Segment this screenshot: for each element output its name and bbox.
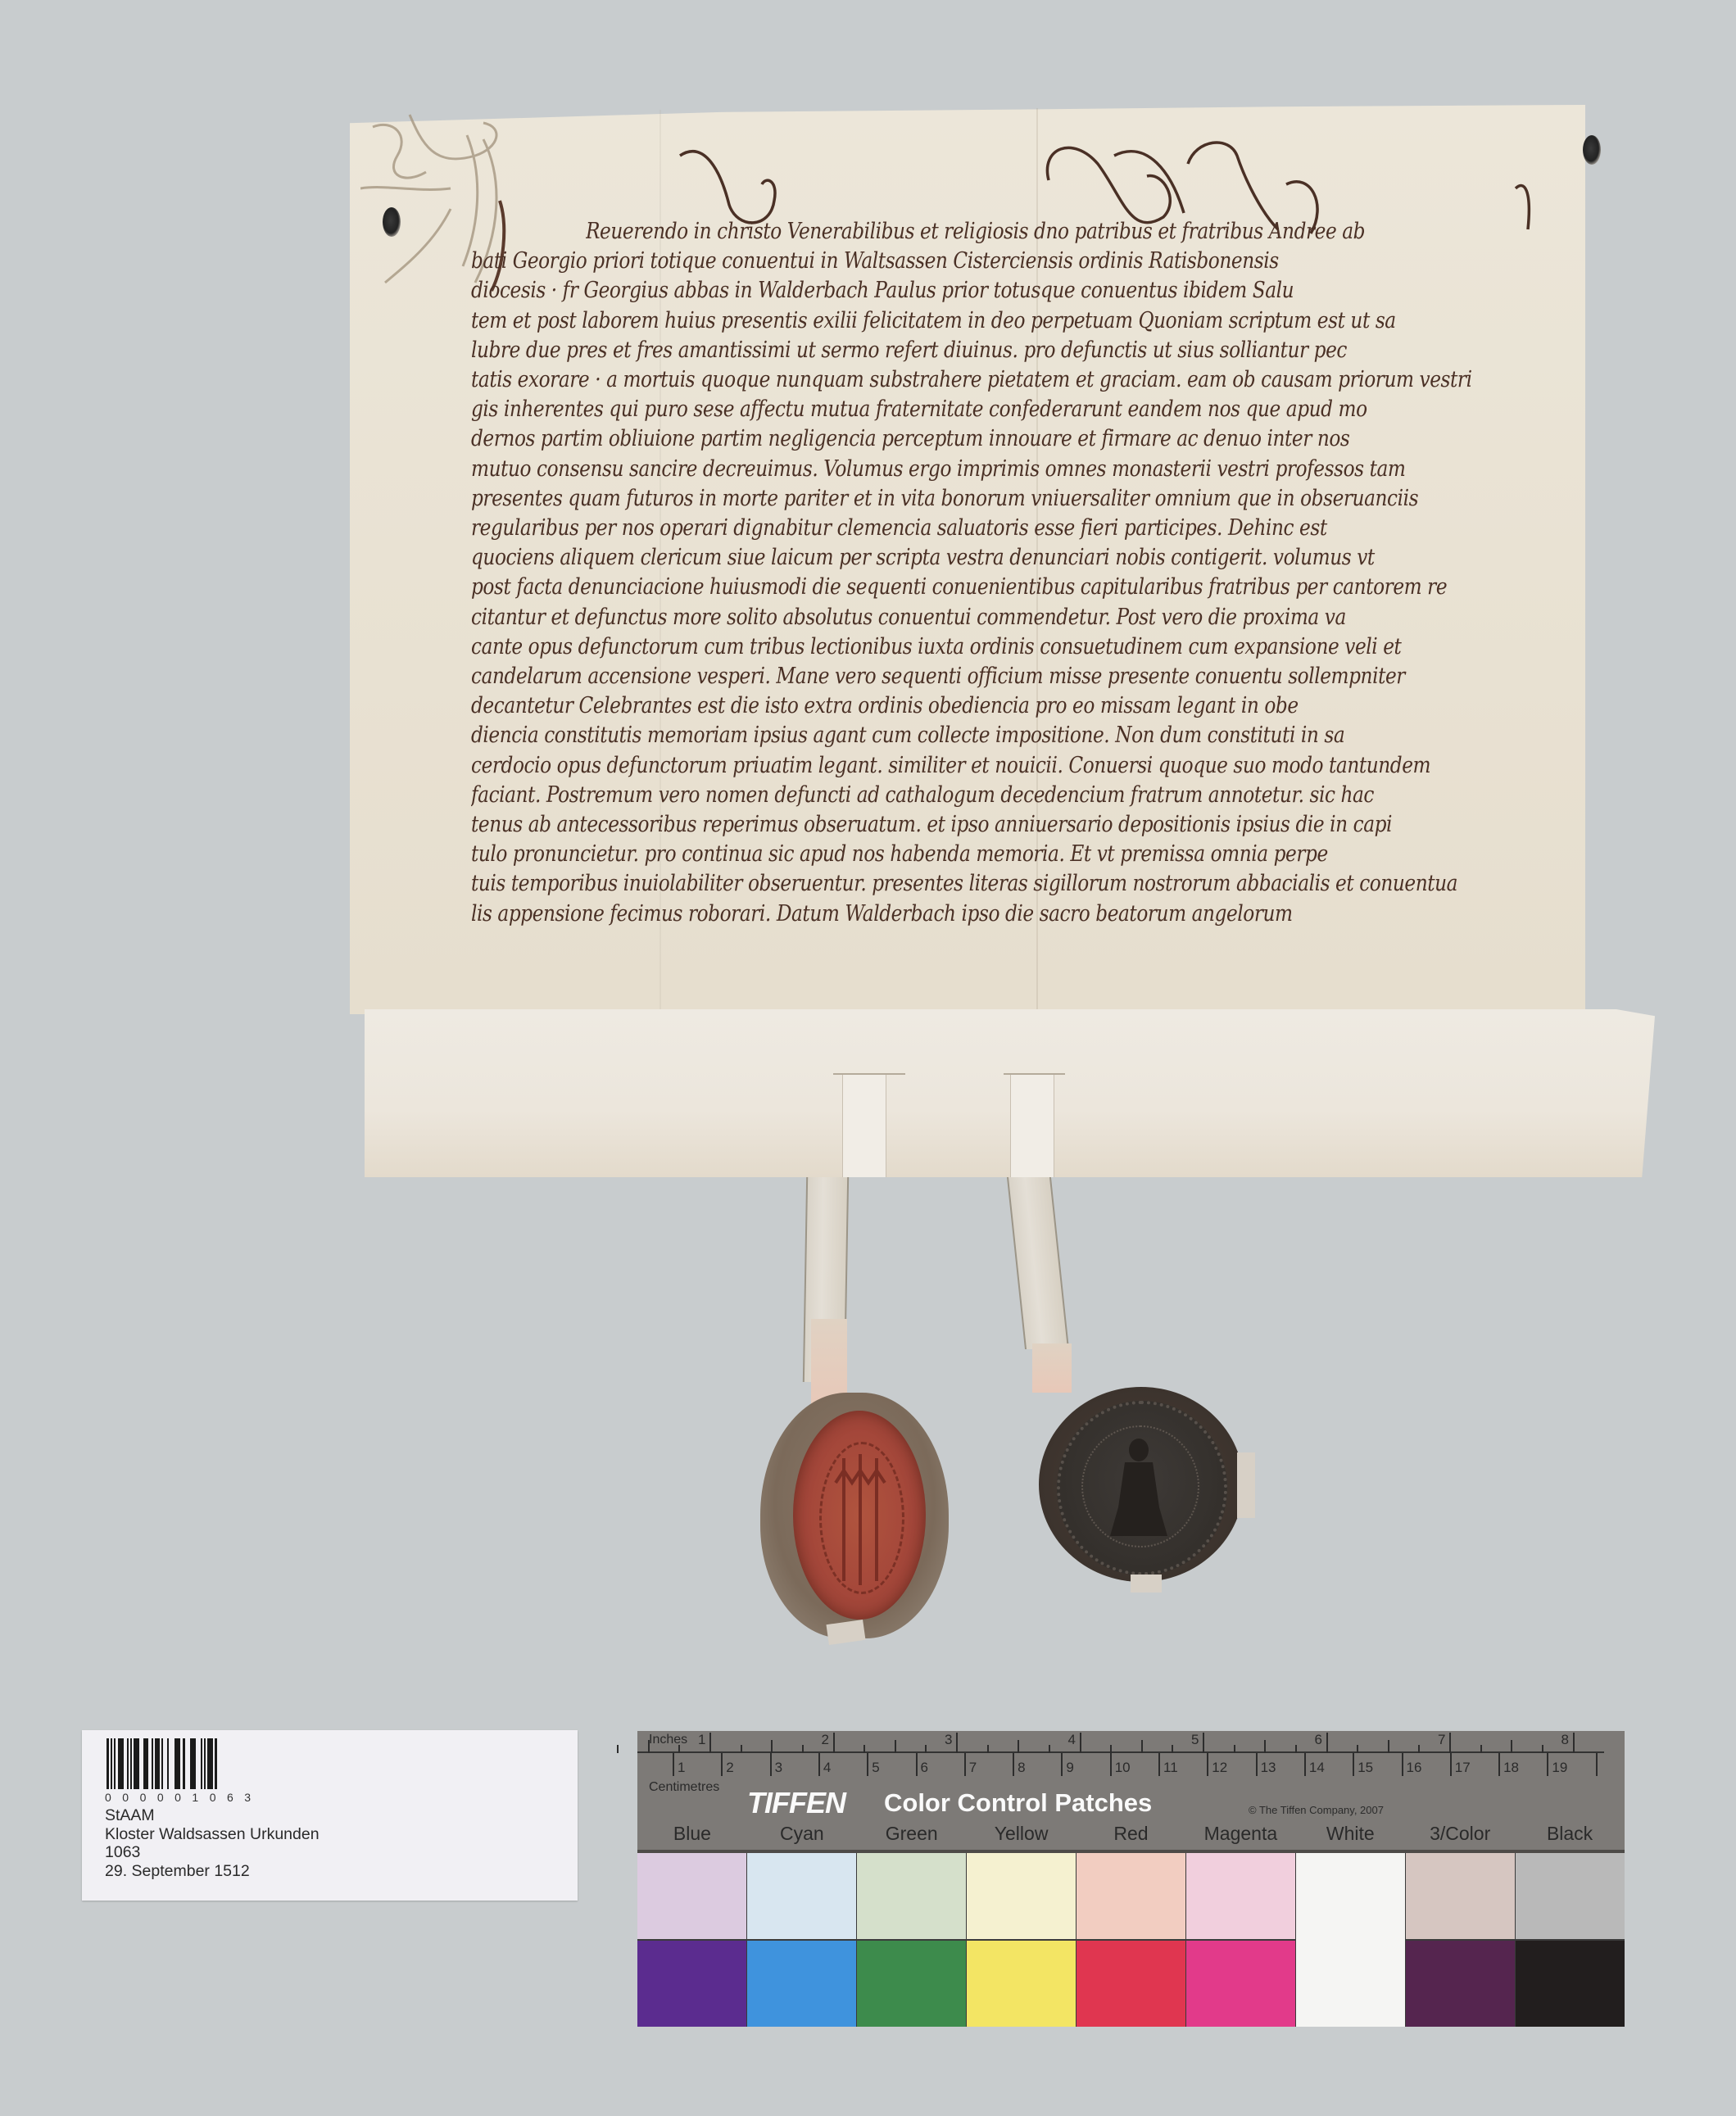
cm-tick	[867, 1753, 868, 1776]
inch-subtick	[1480, 1745, 1482, 1753]
text-line: diencia constitutis memoriam ipsius agan…	[471, 721, 1571, 750]
patch-name: Blue	[637, 1823, 747, 1849]
color-patch-light	[1406, 1853, 1515, 1941]
cm-tick-label: 8	[1018, 1760, 1025, 1776]
cm-tick-label: 10	[1115, 1760, 1131, 1776]
cm-tick	[1256, 1753, 1258, 1776]
text-line: Reuerendo in christo Venerabilibus et re…	[586, 217, 1572, 247]
inch-subtick	[1295, 1745, 1297, 1753]
inch-subtick	[863, 1745, 865, 1753]
seal-strap-right-hanging	[1007, 1177, 1069, 1349]
cm-tick	[1402, 1753, 1403, 1776]
text-line: tem et post laborem huius presentis exil…	[471, 306, 1571, 336]
cm-tick-label: 19	[1552, 1760, 1567, 1776]
cm-tick-label: 3	[775, 1760, 782, 1776]
patch-column-black	[1516, 1853, 1625, 2027]
text-line: tatis exorare · a mortuis quoque nunquam…	[471, 365, 1571, 395]
tiffen-logo: TIFFEN	[747, 1786, 845, 1820]
inch-subtick	[1388, 1740, 1389, 1753]
inch-tick	[833, 1733, 835, 1753]
inch-tick	[1080, 1733, 1081, 1753]
cm-tick-label: 9	[1066, 1760, 1073, 1776]
patch-name: White	[1295, 1823, 1405, 1849]
cm-tick	[770, 1753, 772, 1776]
cm-tick-label: 13	[1261, 1760, 1276, 1776]
inch-subtick	[771, 1740, 773, 1753]
text-line: dernos partim obliuione partim negligenc…	[471, 424, 1571, 454]
inch-subtick	[741, 1745, 742, 1753]
patch-name: Black	[1515, 1823, 1625, 1849]
inch-subtick	[1264, 1740, 1266, 1753]
inch-tick	[1203, 1733, 1204, 1753]
cm-tick	[1353, 1753, 1354, 1776]
inch-tick-label: 8	[1561, 1732, 1569, 1748]
patch-column-cyan	[747, 1853, 857, 2027]
cm-tick-label: 7	[969, 1760, 977, 1776]
cm-tick	[1013, 1753, 1014, 1776]
cm-tick-label: 17	[1455, 1760, 1471, 1776]
patch-name: Red	[1077, 1823, 1186, 1849]
color-patch-light	[857, 1853, 966, 1941]
inch-tick	[1449, 1733, 1451, 1753]
inch-tick-label: 5	[1191, 1732, 1199, 1748]
cm-tick-label: 18	[1503, 1760, 1519, 1776]
inch-tick-label: 1	[698, 1732, 705, 1748]
patch-column-magenta	[1186, 1853, 1296, 2027]
inch-subtick	[1049, 1745, 1050, 1753]
text-line: cante opus defunctorum cum tribus lectio…	[471, 632, 1571, 662]
color-patch-dark	[1077, 1941, 1185, 2027]
seal-strap-tail	[826, 1620, 865, 1645]
barcode-icon	[107, 1738, 217, 1789]
inch-subtick	[1172, 1745, 1173, 1753]
inch-subtick	[1141, 1740, 1143, 1753]
text-line: post facta denunciacione huiusmodi die s…	[471, 573, 1571, 602]
text-line: faciant. Postremum vero nomen defuncti a…	[471, 781, 1571, 810]
text-line: tenus ab antecessoribus reperimus obseru…	[471, 810, 1571, 840]
cm-tick	[964, 1753, 966, 1776]
text-line: presentes quam futuros in morte pariter …	[471, 484, 1571, 514]
cm-tick	[916, 1753, 918, 1776]
text-line: lubre due pres et fres amantissimi ut se…	[471, 336, 1571, 365]
seal-strap-tail	[1131, 1575, 1162, 1593]
cm-tick-label: 15	[1358, 1760, 1373, 1776]
color-patch-light	[747, 1853, 856, 1941]
seal-strap-right-end	[1032, 1343, 1072, 1393]
color-patch-dark	[1186, 1941, 1295, 2027]
inch-tick-label: 2	[822, 1732, 829, 1748]
cm-tick	[1547, 1753, 1548, 1776]
inch-subtick	[617, 1745, 619, 1753]
text-line: cerdocio opus defunctorum priuatim legan…	[471, 751, 1571, 781]
text-line: mutuo consensu sancire decreuimus. Volum…	[471, 455, 1571, 484]
text-line: decantetur Celebrantes est die isto extr…	[471, 691, 1571, 721]
cm-tick	[1110, 1753, 1112, 1776]
cm-tick	[818, 1753, 820, 1776]
text-line: bati Georgio priori totique conuentui in…	[471, 247, 1571, 276]
text-line: lis appensione fecimus roborari. Datum W…	[471, 899, 1571, 929]
cm-tick	[1498, 1753, 1500, 1776]
color-patch-dark	[747, 1941, 856, 2027]
text-line: diocesis · fr Georgius abbas in Walderba…	[471, 276, 1571, 306]
patch-column-green	[857, 1853, 967, 2027]
inch-tick	[1573, 1733, 1575, 1753]
seal-strap-left	[842, 1075, 886, 1177]
copyright: © The Tiffen Company, 2007	[1249, 1804, 1384, 1816]
color-patch-light	[1077, 1853, 1185, 1941]
color-patch-light	[1516, 1853, 1625, 1941]
patch-name: 3/Color	[1405, 1823, 1515, 1849]
seal-strap-tail	[1237, 1452, 1255, 1518]
cm-tick-label: 14	[1309, 1760, 1325, 1776]
color-patches	[637, 1853, 1625, 2027]
inch-subtick	[678, 1745, 680, 1753]
inch-subtick	[1357, 1745, 1358, 1753]
cm-tick-label: 1	[678, 1760, 685, 1776]
cm-tick	[1061, 1753, 1063, 1776]
cm-tick	[1158, 1753, 1160, 1776]
inch-subtick	[1511, 1740, 1512, 1753]
patch-column-white	[1296, 1853, 1406, 2027]
text-line: tulo pronuncietur. pro continua sic apud…	[471, 840, 1571, 869]
color-patch-light	[967, 1853, 1076, 1941]
cm-tick-label: 2	[726, 1760, 733, 1776]
cm-tick	[721, 1753, 723, 1776]
inch-tick	[956, 1733, 958, 1753]
inch-tick-label: 3	[945, 1732, 952, 1748]
centimetres-label: Centimetres	[649, 1780, 719, 1795]
punch-hole-icon	[1583, 135, 1601, 165]
color-patch-dark	[1406, 1941, 1515, 2027]
inch-tick-label: 6	[1315, 1732, 1322, 1748]
inch-tick-label: 4	[1068, 1732, 1076, 1748]
cm-tick-label: 16	[1407, 1760, 1422, 1776]
text-line: gis inherentes qui puro sese affectu mut…	[471, 395, 1571, 424]
seal-strap-right	[1010, 1075, 1054, 1177]
cm-tick-label: 11	[1163, 1760, 1178, 1776]
patch-name: Magenta	[1185, 1823, 1295, 1849]
text-line: tuis temporibus inuiolabiliter obseruent…	[471, 869, 1571, 899]
color-patch-dark	[857, 1941, 966, 2027]
patch-column-3-color	[1406, 1853, 1516, 2027]
label-collection: Kloster Waldsassen Urkunden	[105, 1825, 320, 1844]
inch-subtick	[895, 1740, 896, 1753]
patch-name: Cyan	[747, 1823, 857, 1849]
color-patch-dark	[637, 1941, 746, 2027]
ruler-line	[637, 1751, 1604, 1753]
chart-title: Color Control Patches	[884, 1788, 1152, 1818]
inches-label: Inches	[649, 1733, 687, 1747]
inch-subtick	[1018, 1740, 1019, 1753]
inch-subtick	[802, 1745, 804, 1753]
text-line: regularibus per nos operari dignabitur c…	[471, 514, 1571, 543]
text-line: candelarum accensione vesperi. Mane vero…	[471, 662, 1571, 691]
barcode-number: 000001063	[105, 1791, 279, 1804]
inch-tick	[1326, 1733, 1328, 1753]
inch-subtick	[925, 1745, 927, 1753]
inch-subtick	[987, 1745, 989, 1753]
inch-tick-label: 7	[1438, 1732, 1445, 1748]
inch-subtick	[648, 1740, 650, 1753]
cm-tick	[1304, 1753, 1306, 1776]
inch-subtick	[1234, 1745, 1235, 1753]
seal-dark-seated-figure-icon	[1102, 1434, 1176, 1540]
color-patch-light	[1186, 1853, 1295, 1941]
cm-tick-label: 4	[823, 1760, 831, 1776]
label-archive: StAAM	[105, 1806, 320, 1825]
color-patch	[1296, 1853, 1405, 2027]
patch-column-blue	[637, 1853, 747, 2027]
inch-subtick	[1418, 1745, 1420, 1753]
patch-column-red	[1077, 1853, 1186, 2027]
color-patch-dark	[967, 1941, 1076, 2027]
seal-red-gothic-tabernacle-icon	[827, 1450, 893, 1589]
patch-name: Green	[857, 1823, 967, 1849]
label-date: 29. September 1512	[105, 1862, 320, 1881]
cm-tick-label: 6	[921, 1760, 928, 1776]
cm-tick	[1450, 1753, 1452, 1776]
inch-subtick	[1542, 1745, 1543, 1753]
cm-tick-label: 5	[872, 1760, 879, 1776]
text-line: citantur et defunctus more solito absolu…	[471, 603, 1571, 632]
patch-name: Yellow	[967, 1823, 1077, 1849]
patch-column-yellow	[967, 1853, 1077, 2027]
cm-tick	[1207, 1753, 1208, 1776]
charter-text: Reuerendo in christo Venerabilibus et re…	[471, 217, 1573, 929]
label-number: 1063	[105, 1843, 320, 1862]
color-patch-light	[637, 1853, 746, 1941]
inch-tick	[709, 1733, 711, 1753]
cm-tick	[673, 1753, 674, 1776]
patch-names: Blue Cyan Green Yellow Red Magenta White…	[637, 1823, 1625, 1849]
color-patch-dark	[1516, 1941, 1625, 2027]
cm-tick-label: 12	[1212, 1760, 1227, 1776]
text-line: quociens aliquem clericum siue laicum pe…	[471, 543, 1571, 573]
label-text: StAAM Kloster Waldsassen Urkunden 1063 2…	[105, 1806, 320, 1880]
inch-subtick	[1110, 1745, 1112, 1753]
